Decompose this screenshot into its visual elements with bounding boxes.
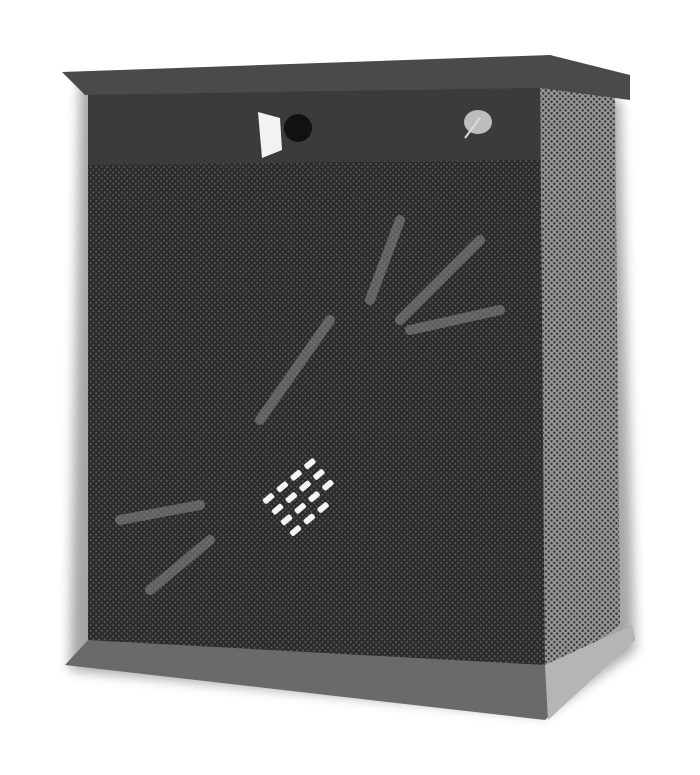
box-photo	[0, 0, 700, 775]
side-panel	[540, 70, 620, 680]
